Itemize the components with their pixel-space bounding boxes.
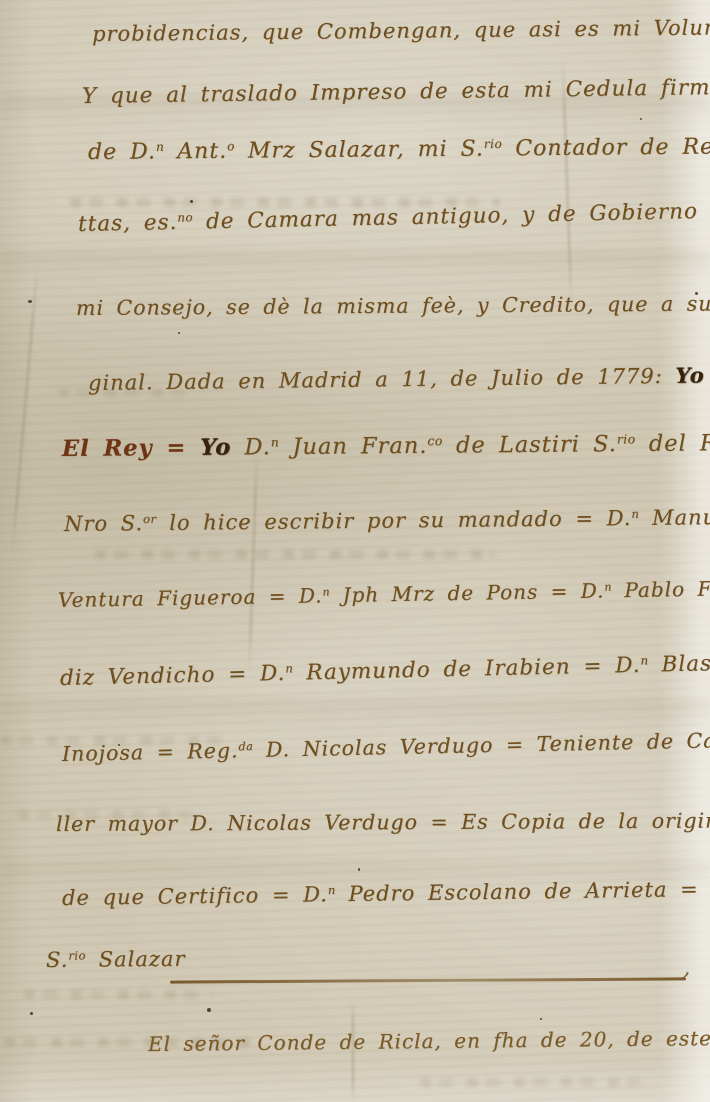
ink-speck <box>30 1012 33 1015</box>
manuscript-line-13: de que Certifico = D.n Pedro Escolano de… <box>62 876 710 910</box>
handwritten-text-segment: Mrz Salazar, mi S. <box>235 137 484 164</box>
ink-speck <box>358 868 360 871</box>
crease-line <box>11 258 39 557</box>
handwritten-text-segment: Salazar <box>86 947 186 972</box>
handwritten-text-segment: lo hice escribir por su mandado = D. <box>156 506 631 535</box>
ink-speck <box>207 1008 211 1012</box>
manuscript-line-10: diz Vendicho = D.n Raymundo de Irabien =… <box>60 650 710 691</box>
superscript-abbreviation: or <box>143 512 157 526</box>
bleed-through-mark <box>420 1078 640 1087</box>
superscript-abbreviation: co <box>427 434 442 448</box>
handwritten-text-segment: del Rey <box>636 430 710 457</box>
manuscript-line-7: El Rey = Yo D.n Juan Fran.co de Lastiri … <box>62 430 710 462</box>
handwritten-text-segment: Pablo Ferran- <box>612 575 710 602</box>
handwritten-text-segment: ttas, es. <box>78 210 178 237</box>
manuscript-line-1: probidencias, que Combengan, que asi es … <box>92 15 710 46</box>
handwritten-text-segment: Ant. <box>164 139 227 165</box>
handwritten-text-segment: Jph Mrz de Pons = D. <box>330 578 605 607</box>
manuscript-line-3: de D.n Ant.o Mrz Salazar, mi S.rio Conta… <box>88 134 710 165</box>
superscript-abbreviation: n <box>285 661 293 675</box>
handwritten-text-segment: Nro S. <box>64 511 143 536</box>
manuscript-line-11: Inojosa = Reg.da D. Nicolas Verdugo = Te… <box>62 727 710 766</box>
handwritten-text-segment: Raymundo de Irabien = D. <box>293 653 641 686</box>
ink-speck <box>178 332 180 334</box>
manuscript-line-2: Y que al traslado Impreso de esta mi Ced… <box>82 75 710 109</box>
handwritten-text-segment: de Camara mas antiguo, y de Gobierno del <box>193 198 710 235</box>
bleed-through-mark <box>95 550 495 559</box>
handwritten-text-segment: S. <box>46 948 69 972</box>
manuscript-line-9: Ventura Figueroa = D.n Jph Mrz de Pons =… <box>58 575 710 612</box>
handwritten-text-segment: de Lastiri S. <box>443 431 617 459</box>
fold-shadow-band <box>0 252 710 280</box>
bleed-through-mark <box>24 990 214 999</box>
handwritten-text-segment: diz Vendicho = D. <box>60 661 286 691</box>
crease-line <box>248 452 258 672</box>
handwritten-text-segment: D. <box>231 434 271 460</box>
handwritten-text-segment: mi Consejo, se dè la misma feè, y Credit… <box>76 291 710 320</box>
manuscript-line-5: mi Consejo, se dè la misma feè, y Credit… <box>76 291 710 320</box>
ink-speck <box>28 300 32 303</box>
manuscript-line-6: ginal. Dada en Madrid a 11, de Julio de … <box>88 362 705 395</box>
superscript-abbreviation: n <box>328 883 336 897</box>
manuscript-line-14: S.rio Salazar <box>46 947 186 972</box>
manuscript-line-15: El señor Conde de Ricla, en fha de 20, d… <box>148 1026 710 1056</box>
superscript-abbreviation: rio <box>68 948 86 962</box>
superscript-abbreviation: n <box>640 653 648 667</box>
handwritten-text-segment: D. Nicolas Verdugo = Teniente de Canci- <box>253 727 710 762</box>
handwritten-text-segment: Pedro Escolano de Arrieta = Por el <box>336 876 710 906</box>
handwritten-text-segment: Blas de <box>648 650 710 677</box>
handwritten-text-segment: probidencias, que Combengan, que asi es … <box>92 15 710 46</box>
handwritten-text-segment: Manuel <box>639 505 710 530</box>
manuscript-line-12: ller mayor D. Nicolas Verdugo = Es Copia… <box>56 808 710 836</box>
handwritten-text-segment: ginal. Dada en Madrid a 11, de Julio de … <box>88 364 676 395</box>
superscript-abbreviation: da <box>238 740 253 753</box>
handwritten-text-segment: Yo <box>200 435 231 461</box>
superscript-abbreviation: no <box>177 210 193 224</box>
ink-speck <box>190 200 193 203</box>
manuscript-line-8: Nro S.or lo hice escribir por su mandado… <box>64 505 710 536</box>
handwritten-text-segment: Juan Fran. <box>279 433 427 460</box>
handwritten-text-segment: Y que al traslado Impreso de esta mi Ced… <box>82 75 710 109</box>
handwritten-text-segment: ller mayor D. Nicolas Verdugo = Es Copia… <box>56 808 710 836</box>
ink-speck <box>540 1018 542 1020</box>
handwritten-text-segment: El Rey = <box>62 435 200 462</box>
handwritten-text-segment: Inojosa = Reg. <box>62 738 239 766</box>
handwritten-text-segment: El señor Conde de Ricla, en fha de 20, d… <box>148 1026 710 1056</box>
manuscript-page: probidencias, que Combengan, que asi es … <box>0 0 710 1102</box>
fold-shadow-band <box>0 700 710 734</box>
superscript-abbreviation: o <box>227 139 235 153</box>
handwritten-text-segment: de D. <box>88 139 156 165</box>
handwritten-text-segment: de que Certifico = D. <box>62 882 328 910</box>
ink-speck <box>640 118 642 120</box>
ink-rule-line <box>170 977 686 983</box>
handwritten-text-segment: Yo <box>675 362 704 387</box>
superscript-abbreviation: rio <box>617 432 636 446</box>
handwritten-text-segment: Ventura Figueroa = D. <box>58 583 323 612</box>
superscript-abbreviation: rio <box>484 137 503 151</box>
handwritten-text-segment: Contador de Resul- <box>502 134 710 161</box>
manuscript-line-4: ttas, es.no de Camara mas antiguo, y de … <box>78 198 710 237</box>
